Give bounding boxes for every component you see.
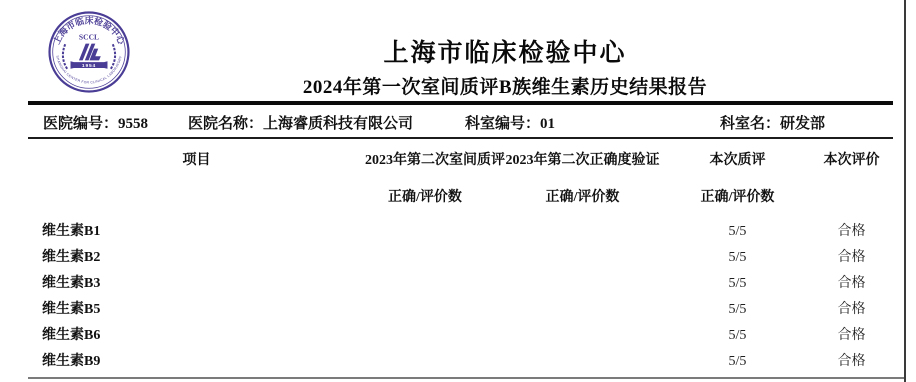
report-page: 上海市临床检验中心 SHANGHAI CENTER FOR CLINICAL L… [0, 0, 916, 382]
row-item-label: 维生素B2 [28, 245, 365, 271]
hospital-id-value: 9558 [118, 116, 148, 132]
table-subheader-row: 正确/评价数 正确/评价数 正确/评价数 [0, 188, 916, 208]
dept-id-value: 01 [540, 116, 555, 132]
row-item-label: 维生素B1 [28, 219, 365, 245]
row-evaluation: 合格 [795, 349, 908, 375]
dept-id: 科室编号：01 [465, 112, 555, 136]
hospital-id: 医院编号：9558 [43, 112, 148, 136]
dept-name: 科室名：研发部 [720, 112, 825, 136]
row-item-label: 维生素B5 [28, 297, 365, 323]
row-evaluation: 合格 [795, 271, 908, 297]
col-header-prev-eqa: 2023年第二次室间质评 [365, 151, 485, 171]
row-current-eqa: 5/5 [680, 297, 795, 323]
row-item-label: 维生素B6 [28, 323, 365, 349]
table-row: 维生素B2 5/5 合格 [0, 245, 916, 271]
row-evaluation: 合格 [795, 297, 908, 323]
table-header-row: 项目 2023年第二次室间质评 2023年第二次正确度验证 本次质评 本次评价 [0, 151, 916, 171]
table-row: 维生素B9 5/5 合格 [0, 349, 916, 375]
table-row: 维生素B1 5/5 合格 [0, 219, 916, 245]
row-current-eqa: 5/5 [680, 271, 795, 297]
row-evaluation: 合格 [795, 219, 908, 245]
info-row: 医院编号：9558 医院名称：上海睿质科技有限公司 科室编号：01 科室名：研发… [0, 112, 916, 136]
row-current-eqa: 5/5 [680, 245, 795, 271]
row-current-eqa: 5/5 [680, 349, 795, 375]
hospital-name-label: 医院名称： [188, 116, 263, 132]
row-evaluation: 合格 [795, 245, 908, 271]
row-current-eqa: 5/5 [680, 323, 795, 349]
table-row: 维生素B5 5/5 合格 [0, 297, 916, 323]
dept-name-label: 科室名： [720, 116, 780, 132]
hospital-id-label: 医院编号： [43, 116, 118, 132]
hospital-name-value: 上海睿质科技有限公司 [263, 116, 413, 132]
col-header-prev-trueness: 2023年第二次正确度验证 [485, 151, 680, 171]
dept-id-label: 科室编号： [465, 116, 540, 132]
svg-text:1954: 1954 [82, 63, 96, 69]
table-row: 维生素B3 5/5 合格 [0, 271, 916, 297]
subheader-prev-eqa: 正确/评价数 [365, 188, 485, 208]
page-edge-line [904, 0, 906, 382]
hospital-name: 医院名称：上海睿质科技有限公司 [188, 112, 413, 136]
subheader-prev-trueness: 正确/评价数 [485, 188, 680, 208]
row-item-label: 维生素B3 [28, 271, 365, 297]
row-evaluation: 合格 [795, 323, 908, 349]
row-current-eqa: 5/5 [680, 219, 795, 245]
header-rule-thick [28, 101, 893, 105]
col-header-evaluation: 本次评价 [795, 151, 908, 171]
info-rule-thin [28, 137, 893, 139]
col-header-current-eqa: 本次质评 [680, 151, 795, 171]
page-title: 上海市临床检验中心 [100, 33, 910, 69]
page-subtitle: 2024年第一次室间质评B族维生素历史结果报告 [100, 72, 910, 99]
page-bottom-rule [28, 377, 906, 379]
svg-text:SCCL: SCCL [79, 32, 99, 41]
table-row: 维生素B6 5/5 合格 [0, 323, 916, 349]
dept-name-value: 研发部 [780, 116, 825, 132]
col-header-item: 项目 [28, 151, 365, 171]
subheader-current-eqa: 正确/评价数 [680, 188, 795, 208]
row-item-label: 维生素B9 [28, 349, 365, 375]
